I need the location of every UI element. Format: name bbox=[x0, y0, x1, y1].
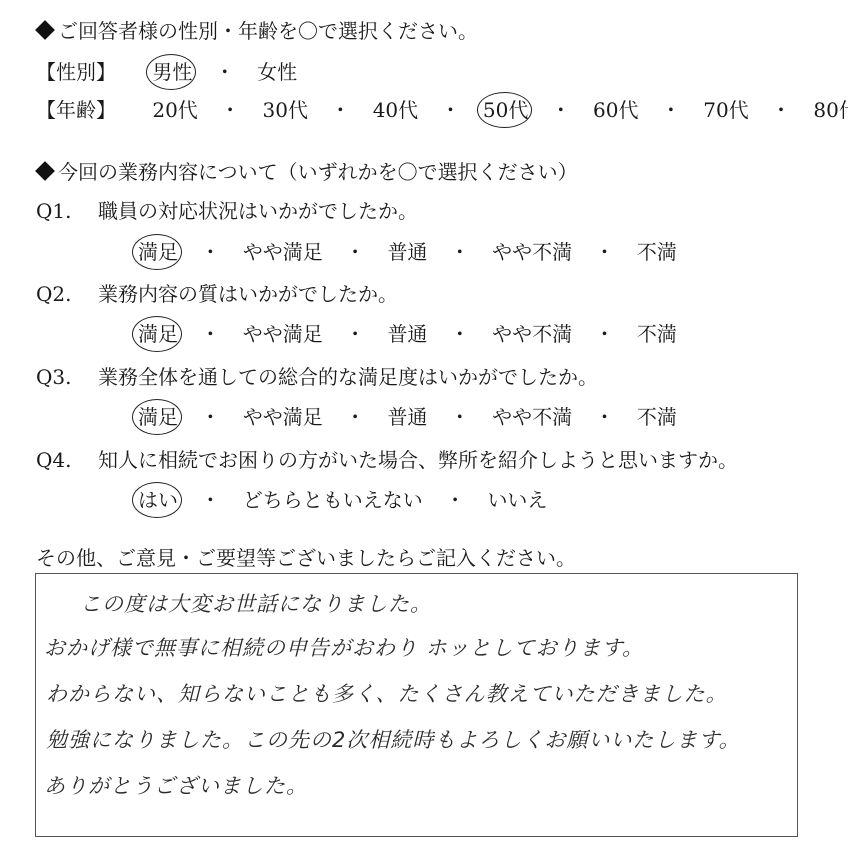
separator-dot: ・ bbox=[595, 322, 615, 346]
q2-option-satisfied[interactable]: 満足 bbox=[138, 322, 178, 346]
question-text: 職員の対応状況はいかがでしたか。 bbox=[98, 199, 418, 223]
gender-option-male[interactable]: 男性 bbox=[152, 60, 192, 84]
separator-dot: ・ bbox=[450, 240, 470, 264]
separator-dot: ・ bbox=[595, 405, 615, 429]
question-text: 業務全体を通しての総合的な満足度はいかがでしたか。 bbox=[98, 365, 598, 389]
diamond-bullet-icon bbox=[35, 161, 55, 181]
respondent-section-heading: ご回答者様の性別・年齢を〇で選択ください。 bbox=[34, 19, 478, 43]
question-number: Q4. bbox=[36, 448, 98, 472]
separator-dot: ・ bbox=[200, 488, 220, 512]
question-text: 業務内容の質はいかがでしたか。 bbox=[98, 282, 398, 306]
age-option-50s[interactable]: 50代 bbox=[483, 98, 528, 122]
handwritten-comment-line: おかげ様で無事に相続の申告がおわり ホッとしております。 bbox=[44, 632, 644, 662]
question-3-options: 満足 ・ やや満足 ・ 普通 ・ やや不満 ・ 不満 bbox=[138, 405, 677, 429]
question-4-options: はい ・ どちらともいえない ・ いいえ bbox=[138, 488, 547, 512]
q4-option-undecided[interactable]: どちらともいえない bbox=[243, 488, 423, 512]
gender-option-female[interactable]: 女性 bbox=[257, 60, 297, 84]
age-option-70s[interactable]: 70代 bbox=[703, 98, 748, 122]
q3-option-somewhat-dissatisfied[interactable]: やや不満 bbox=[492, 405, 572, 429]
separator-dot: ・ bbox=[445, 488, 465, 512]
q4-option-no[interactable]: いいえ bbox=[487, 488, 547, 512]
question-text: 知人に相続でお困りの方がいた場合、弊所を紹介しようと思いますか。 bbox=[98, 448, 738, 472]
separator-dot: ・ bbox=[345, 240, 365, 264]
q3-option-dissatisfied[interactable]: 不満 bbox=[637, 405, 677, 429]
gender-label: 【性別】 bbox=[36, 60, 146, 84]
question-4: Q4.知人に相続でお困りの方がいた場合、弊所を紹介しようと思いますか。 bbox=[36, 448, 738, 472]
separator-dot: ・ bbox=[345, 322, 365, 346]
q1-option-somewhat-dissatisfied[interactable]: やや不満 bbox=[492, 240, 572, 264]
separator-dot: ・ bbox=[450, 322, 470, 346]
separator-dot: ・ bbox=[661, 98, 681, 122]
q3-option-somewhat-satisfied[interactable]: やや満足 bbox=[243, 405, 323, 429]
separator-dot: ・ bbox=[771, 98, 791, 122]
question-3: Q3.業務全体を通しての総合的な満足度はいかがでしたか。 bbox=[36, 365, 598, 389]
q3-option-satisfied[interactable]: 満足 bbox=[138, 405, 178, 429]
q1-option-neutral[interactable]: 普通 bbox=[387, 240, 427, 264]
service-section-heading: 今回の業務内容について（いずれかを〇で選択ください） bbox=[34, 160, 578, 184]
diamond-bullet-icon bbox=[35, 20, 55, 40]
separator-dot: ・ bbox=[595, 240, 615, 264]
q2-option-somewhat-dissatisfied[interactable]: やや不満 bbox=[492, 322, 572, 346]
separator-dot: ・ bbox=[200, 322, 220, 346]
separator-dot: ・ bbox=[345, 405, 365, 429]
separator-dot: ・ bbox=[215, 60, 235, 84]
separator-dot: ・ bbox=[450, 405, 470, 429]
q2-option-somewhat-satisfied[interactable]: やや満足 bbox=[243, 322, 323, 346]
question-1: Q1.職員の対応状況はいかがでしたか。 bbox=[36, 199, 418, 223]
handwritten-comment-line: ありがとうございました。 bbox=[44, 770, 308, 800]
question-number: Q2. bbox=[36, 282, 98, 306]
separator-dot: ・ bbox=[200, 240, 220, 264]
separator-dot: ・ bbox=[200, 405, 220, 429]
q3-option-neutral[interactable]: 普通 bbox=[387, 405, 427, 429]
age-row: 【年齢】 20代 ・ 30代 ・ 40代 ・ 50代 ・ 60代 ・ 70代 ・… bbox=[36, 98, 848, 122]
handwritten-comment-line: 勉強になりました。この先の2次相続時もよろしくお願いいたします。 bbox=[46, 724, 741, 754]
comments-textarea[interactable]: この度は大変お世話になりました。 おかげ様で無事に相続の申告がおわり ホッとして… bbox=[35, 573, 798, 837]
age-option-40s[interactable]: 40代 bbox=[373, 98, 418, 122]
separator-dot: ・ bbox=[551, 98, 571, 122]
question-2-options: 満足 ・ やや満足 ・ 普通 ・ やや不満 ・ 不満 bbox=[138, 322, 677, 346]
separator-dot: ・ bbox=[220, 98, 240, 122]
handwritten-comment-line: この度は大変お世話になりました。 bbox=[80, 588, 432, 618]
q1-option-satisfied[interactable]: 満足 bbox=[138, 240, 178, 264]
q2-option-neutral[interactable]: 普通 bbox=[387, 322, 427, 346]
q2-option-dissatisfied[interactable]: 不満 bbox=[637, 322, 677, 346]
question-1-options: 満足 ・ やや満足 ・ 普通 ・ やや不満 ・ 不満 bbox=[138, 240, 677, 264]
separator-dot: ・ bbox=[441, 98, 461, 122]
separator-dot: ・ bbox=[330, 98, 350, 122]
age-option-20s[interactable]: 20代 bbox=[152, 98, 197, 122]
question-2: Q2.業務内容の質はいかがでしたか。 bbox=[36, 282, 398, 306]
age-label: 【年齢】 bbox=[36, 98, 146, 122]
question-number: Q1. bbox=[36, 199, 98, 223]
comments-prompt: その他、ご意見・ご要望等ございましたらご記入ください。 bbox=[36, 546, 576, 570]
age-option-80s[interactable]: 80代 bbox=[813, 98, 848, 122]
age-option-60s[interactable]: 60代 bbox=[593, 98, 638, 122]
q4-option-yes[interactable]: はい bbox=[138, 488, 178, 512]
q1-option-dissatisfied[interactable]: 不満 bbox=[637, 240, 677, 264]
q1-option-somewhat-satisfied[interactable]: やや満足 bbox=[243, 240, 323, 264]
question-number: Q3. bbox=[36, 365, 98, 389]
handwritten-comment-line: わからない、知らないことも多く、たくさん教えていただきました。 bbox=[46, 678, 728, 708]
age-option-30s[interactable]: 30代 bbox=[263, 98, 308, 122]
gender-row: 【性別】 男性 ・ 女性 bbox=[36, 60, 297, 84]
